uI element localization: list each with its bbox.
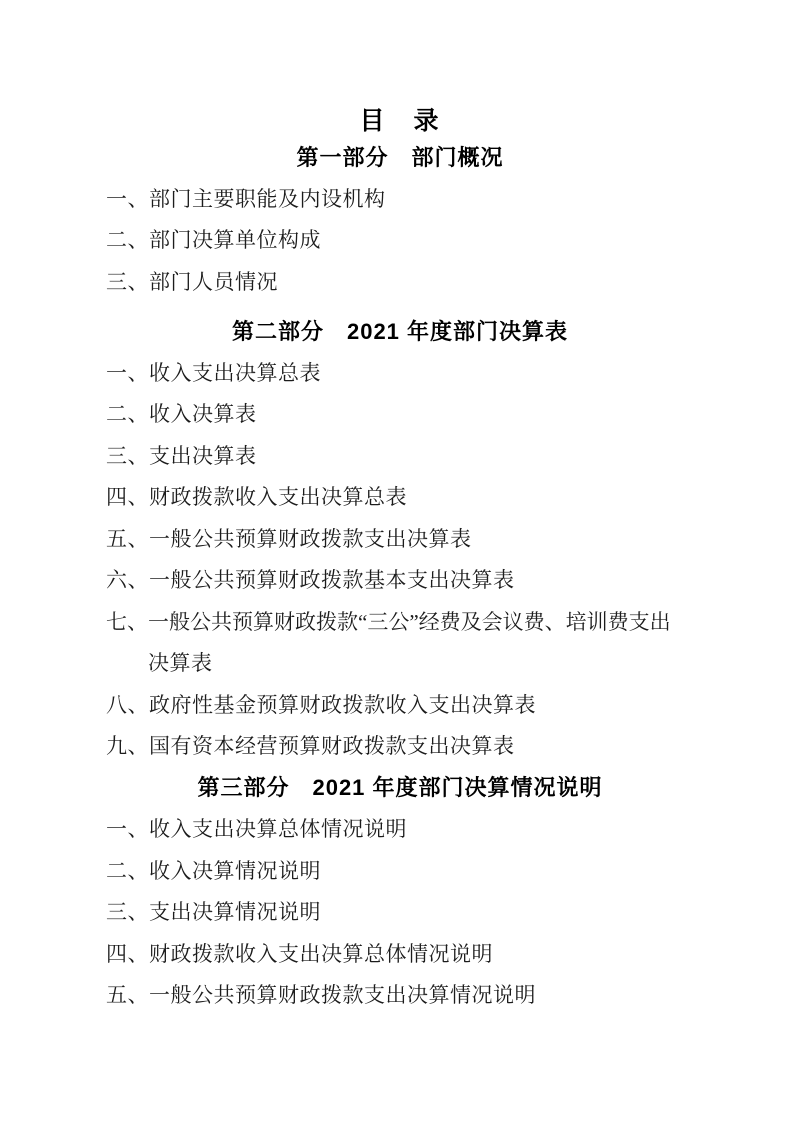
toc-content: 目 录 第一部分 部门概况 一、部门主要职能及内设机构 二、部门决算单位构成 三… (0, 0, 793, 1015)
document-title: 目 录 (106, 98, 694, 140)
toc-item-continuation: 决算表 (106, 642, 694, 684)
toc-item: 九、国有资本经营预算财政拨款支出决算表 (106, 725, 694, 767)
document-page: 目 录 第一部分 部门概况 一、部门主要职能及内设机构 二、部门决算单位构成 三… (0, 0, 793, 1122)
section-heading-part3: 第三部分 2021 年度部门决算情况说明 (106, 766, 694, 808)
toc-item: 三、支出决算情况说明 (106, 891, 694, 933)
toc-item: 二、部门决算单位构成 (106, 219, 694, 261)
toc-item: 六、一般公共预算财政拨款基本支出决算表 (106, 559, 694, 601)
toc-item: 八、政府性基金预算财政拨款收入支出决算表 (106, 683, 694, 725)
toc-item: 三、支出决算表 (106, 434, 694, 476)
toc-item: 四、财政拨款收入支出决算总体情况说明 (106, 932, 694, 974)
section-heading-part2: 第二部分 2021 年度部门决算表 (106, 310, 694, 352)
toc-item: 七、一般公共预算财政拨款“三公”经费及会议费、培训费支出 (106, 600, 694, 642)
toc-item: 五、一般公共预算财政拨款支出决算表 (106, 517, 694, 559)
toc-item: 一、部门主要职能及内设机构 (106, 177, 694, 219)
toc-item: 二、收入决算表 (106, 393, 694, 435)
toc-item: 四、财政拨款收入支出决算总表 (106, 476, 694, 518)
toc-item: 二、收入决算情况说明 (106, 849, 694, 891)
toc-item: 三、部门人员情况 (106, 260, 694, 302)
toc-item: 一、收入支出决算总体情况说明 (106, 808, 694, 850)
toc-item: 五、一般公共预算财政拨款支出决算情况说明 (106, 974, 694, 1016)
toc-item: 一、收入支出决算总表 (106, 351, 694, 393)
section-heading-part1: 第一部分 部门概况 (106, 136, 694, 178)
